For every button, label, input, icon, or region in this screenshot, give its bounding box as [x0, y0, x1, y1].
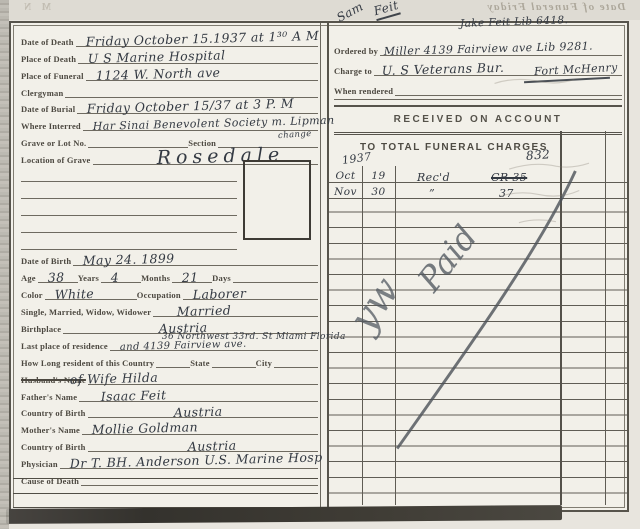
bleedthrough-text-top-left: M N: [20, 2, 51, 13]
payment-ledger: Oct 19 Rec'd CR 35 Nov 30 ” 37: [329, 166, 627, 505]
field-label: Single, Married, Widow, Widower: [21, 308, 153, 317]
handwritten-year: 1937: [341, 150, 372, 167]
account-ledger-panel: Jake Feit Lib 6418. Ordered by Miller 41…: [329, 23, 627, 510]
blank-rule: [13, 493, 318, 494]
form-row-spouse-name: Husband's Name of Wife Hilda: [21, 368, 318, 385]
form-row-resident-how-long: How Long resident of this Country State …: [21, 351, 318, 368]
money-column-rule: [560, 131, 562, 505]
scan-edge-strip: [0, 0, 9, 529]
field-line: [212, 354, 256, 368]
field-line: Miller 4139 Fairview ave Lib 9281.: [380, 42, 622, 56]
form-row-place-of-death: Place of Death U S Marine Hospital: [21, 47, 318, 64]
field-label-years: Years: [78, 274, 101, 283]
ledger-day: 19: [362, 170, 395, 182]
field-line: Friday October 15.1937 at 1³⁰ A M: [76, 33, 318, 47]
form-row-residence: Last place of residence 36 Northwest 33r…: [21, 334, 318, 351]
handwritten-value: Friday October 15.1937 at 1³⁰ A M: [85, 28, 319, 49]
field-line: Austria: [88, 404, 318, 418]
form-frame: Date of Death Friday October 15.1937 at …: [9, 21, 629, 512]
field-label-occupation: Occupation: [137, 291, 183, 300]
blank-line: [21, 168, 237, 182]
field-label-days: Days: [212, 274, 233, 283]
handwritten-name-feit: Feit: [372, 0, 401, 21]
field-line: [156, 354, 190, 368]
field-label: How Long resident of this Country: [21, 359, 156, 368]
field-label: Date of Birth: [21, 257, 73, 266]
form-row-clergyman: Clergyman: [21, 81, 318, 98]
form-row-marital-status: Single, Married, Widow, Widower Married: [21, 300, 318, 317]
field-line: 1124 W. North ave: [86, 67, 318, 81]
money-column-rule: [605, 131, 606, 505]
scanned-funeral-record: Date of Funeral Friday M N Sam Feit Date…: [0, 0, 640, 529]
field-label: Date of Death: [21, 38, 76, 47]
blank-line: [21, 202, 237, 216]
form-row-date-of-birth: Date of Birth May 24. 1899: [21, 250, 318, 267]
field-line: White: [45, 286, 137, 300]
ledger-month: Oct: [329, 170, 362, 182]
form-row-date-of-death: Date of Death Friday October 15.1937 at …: [21, 30, 318, 47]
bleedthrough-text-top: Date of Funeral Friday: [486, 1, 626, 13]
field-label: Physician: [21, 460, 60, 469]
field-label: Color: [21, 291, 45, 300]
empty-stamp-box: [243, 160, 311, 240]
field-label: Country of Birth: [21, 409, 88, 418]
billing-header-block: Jake Feit Lib 6418. Ordered by Miller 41…: [329, 23, 627, 165]
handwritten-value: Friday October 15/37 at 3 P. M: [87, 96, 295, 116]
field-label: Where Interred: [21, 122, 83, 131]
form-row-father-country: Country of Birth Austria: [21, 402, 318, 419]
scan-shadow-band: [6, 505, 562, 524]
handwritten-total: 832: [526, 147, 551, 163]
death-record-panel: Date of Death Friday October 15.1937 at …: [11, 23, 320, 510]
form-row-father-name: Father's Name Isaac Feit: [21, 385, 318, 402]
ledger-column-rule: [362, 166, 363, 505]
field-line: 21: [172, 269, 212, 283]
blank-rule: [13, 478, 318, 479]
blank-line: [21, 219, 237, 233]
field-label: Place of Funeral: [21, 72, 86, 81]
field-line: Laborer: [183, 286, 318, 300]
ledger-row: Oct 19 Rec'd CR 35: [329, 166, 627, 183]
form-row-where-interred: Where Interred Har Sinai Benevolent Soci…: [21, 114, 318, 131]
panel-divider: [320, 23, 329, 510]
field-label: Charge to: [334, 67, 374, 76]
field-line: 36 Northwest 33rd. St Miami Florida and …: [110, 337, 318, 351]
form-row-age: Age 38 Years 4 Months 21 Days: [21, 266, 318, 283]
field-label-months: Months: [141, 274, 172, 283]
form-row-mother-name: Mother's Name Mollie Goldman: [21, 418, 318, 435]
form-row-charge-to: Charge to U. S Veterans Bur. Fort McHenr…: [334, 56, 622, 76]
field-label: Location of Grave: [21, 156, 93, 165]
field-line: Har Sinai Benevolent Society m. Lipman c…: [83, 117, 318, 131]
field-label: Place of Death: [21, 55, 78, 64]
field-label-city: City: [256, 359, 274, 368]
field-label: Grave or Lot No.: [21, 139, 88, 148]
field-label: Mother's Name: [21, 426, 82, 435]
field-label: When rendered: [334, 87, 395, 96]
field-label-state: State: [190, 359, 211, 368]
field-label: Father's Name: [21, 393, 79, 402]
field-line: [81, 472, 318, 486]
field-line: [395, 82, 622, 96]
field-label: Ordered by: [334, 47, 380, 56]
received-on-account-header: RECEIVED ON ACCOUNT: [334, 107, 622, 135]
field-label: Clergyman: [21, 89, 65, 98]
memo-row: Jake Feit Lib 6418.: [334, 23, 622, 36]
form-row-color-occupation: Color White Occupation Laborer: [21, 283, 318, 300]
field-label: Birthplace: [21, 325, 63, 334]
field-label: Date of Burial: [21, 105, 77, 114]
field-line: of Wife Hilda: [88, 371, 318, 385]
form-row-physician: Physician Dr T. BH. Anderson U.S. Marine…: [21, 452, 318, 469]
handwritten-value: Dr T. BH. Anderson U.S. Marine Hosp: [69, 450, 322, 472]
field-line: Mollie Goldman: [82, 421, 318, 435]
form-row-ordered-by: Ordered by Miller 4139 Fairview ave Lib …: [334, 36, 622, 56]
field-label: Last place of residence: [21, 342, 110, 351]
field-label: Age: [21, 274, 38, 283]
field-line: Friday October 15/37 at 3 P. M: [77, 100, 318, 114]
field-line: [274, 354, 318, 368]
field-line: Isaac Feit: [79, 388, 318, 402]
field-line: 38: [38, 269, 78, 283]
double-rule: [334, 99, 622, 107]
field-line: 4: [101, 269, 141, 283]
form-row-date-of-burial: Date of Burial Friday October 15/37 at 3…: [21, 98, 318, 115]
field-line: May 24. 1899: [73, 252, 318, 266]
blank-line: [21, 236, 237, 250]
blank-line: [21, 185, 237, 199]
field-line: Married: [153, 303, 318, 317]
field-line: U S Marine Hospital: [78, 50, 318, 64]
charges-title: TO TOTAL FUNERAL CHARGES: [360, 142, 548, 153]
ledger-column-rule: [395, 166, 396, 505]
field-line: [233, 269, 318, 283]
empty-ledger-rows: [329, 197, 627, 505]
funeral-charges-header-block: TO TOTAL FUNERAL CHARGES 1937 832: [334, 135, 622, 165]
handwritten-memo: Jake Feit Lib 6418.: [460, 14, 569, 30]
field-label: Country of Birth: [21, 443, 88, 452]
form-row-place-of-funeral: Place of Funeral 1124 W. North ave: [21, 64, 318, 81]
field-line: Dr T. BH. Anderson U.S. Marine Hosp: [60, 455, 318, 469]
field-line: U. S Veterans Bur. Fort McHenry: [374, 62, 622, 76]
form-row-when-rendered: When rendered: [334, 76, 622, 96]
